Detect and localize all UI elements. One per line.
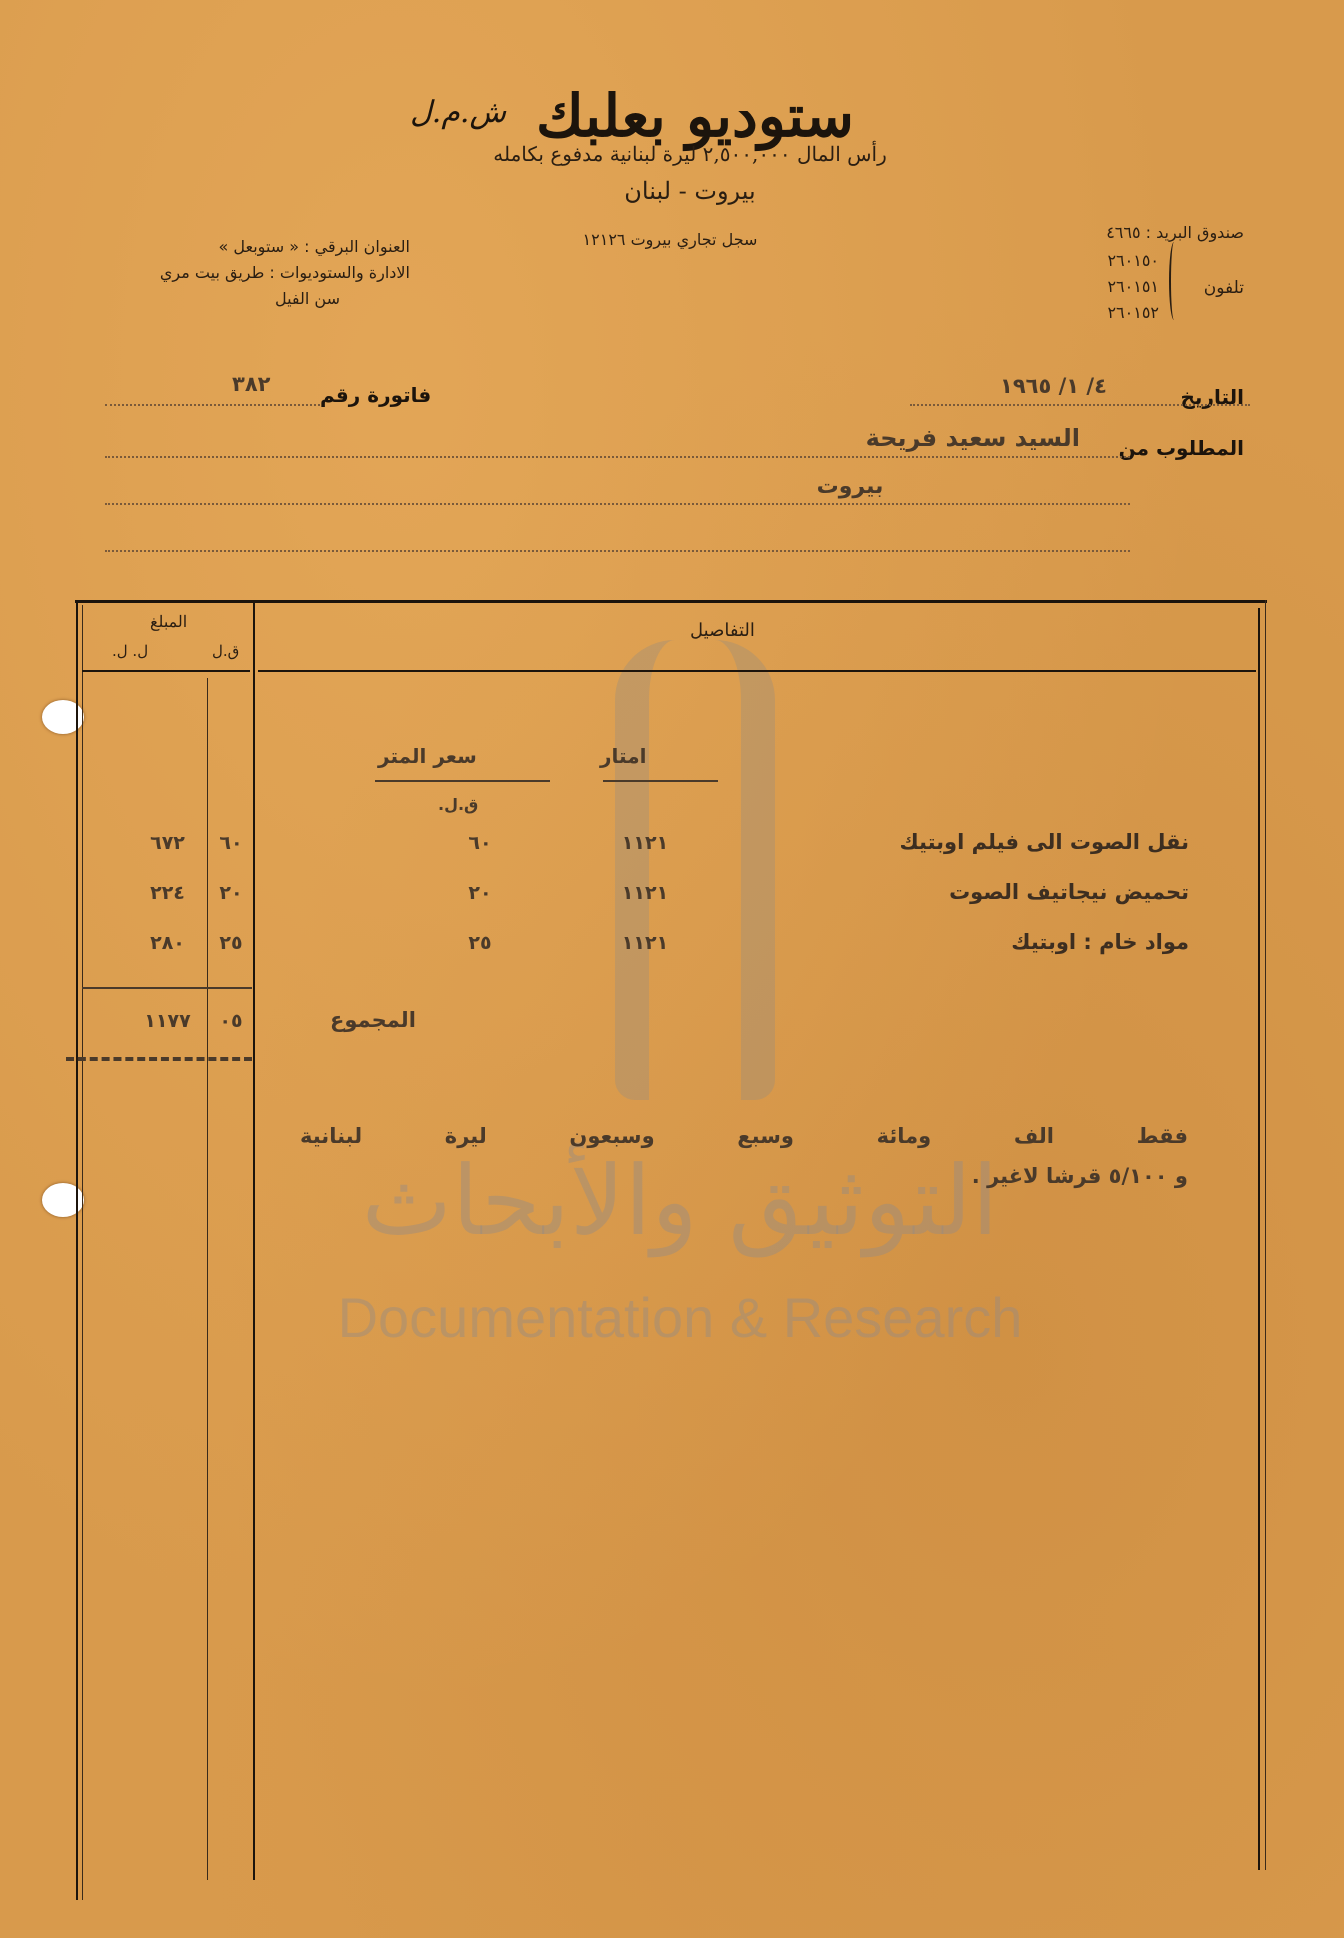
table-left-inner <box>82 605 83 1900</box>
billed-to-name: السيد سعيد فريحة <box>600 424 1080 452</box>
total-dashed-rule <box>66 1057 252 1061</box>
company-type: ش.م.ل <box>410 95 506 130</box>
telegraph-address: العنوان البرقي : « ستوبعل » <box>70 234 410 260</box>
address-line-1 <box>105 503 1130 505</box>
invoice-label: فاتورة رقم <box>320 383 431 407</box>
telephone-number: ٢٦٠١٥٢ <box>1107 300 1159 326</box>
unit-price-column-label: سعر المتر <box>378 744 477 768</box>
item-amount-lira: ٢٢٤ <box>135 882 200 904</box>
item-unit-price: ٢٥ <box>455 932 505 954</box>
telephone-numbers: ٢٦٠١٥٠ ٢٦٠١٥١ ٢٦٠١٥٢ <box>1107 248 1159 326</box>
telephone-number: ٢٦٠١٥٠ <box>1107 248 1159 274</box>
item-meters: ١١٢١ <box>610 932 680 954</box>
watermark-arabic: التوثيق والأبحاث <box>310 1145 1050 1257</box>
item-meters: ١١٢١ <box>610 832 680 854</box>
item-unit-price: ٢٠ <box>455 882 505 904</box>
amount-header-underline <box>82 670 250 672</box>
item-amount-piastre: ٢٥ <box>212 932 250 954</box>
total-amount-piastre: ٠٥ <box>212 1010 250 1032</box>
watermark-logo-icon <box>615 640 775 1100</box>
company-name: ستوديو بعلبك <box>430 82 960 150</box>
item-description: نقل الصوت الى فيلم اوبتيك <box>789 830 1189 854</box>
amount-sub-lira: ل. ل. <box>112 642 148 660</box>
invoice-number: ٣٨٢ <box>232 372 270 396</box>
amount-sub-piastre: ق.ل <box>212 642 239 660</box>
capital-line: رأس المال ٢,٥٠٠,٠٠٠ ليرة لبنانية مدفوع ب… <box>470 142 910 166</box>
brace-icon <box>1169 242 1179 320</box>
city-line: بيروت - لبنان <box>540 177 840 205</box>
item-amount-lira: ٦٧٢ <box>135 832 200 854</box>
item-amount-piastre: ٢٠ <box>212 882 250 904</box>
billed-to-label: المطلوب من <box>1119 436 1244 460</box>
amount-in-words-line-2: و ٥/١٠٠ قرشا لاغير . <box>972 1164 1188 1188</box>
table-right-inner <box>1258 608 1260 1870</box>
address-line-2 <box>105 550 1130 552</box>
total-amount-lira: ١١٧٧ <box>130 1010 205 1032</box>
address-block: العنوان البرقي : « ستوبعل » الادارة والس… <box>70 234 410 312</box>
amount-header: المبلغ <box>150 612 187 631</box>
item-description: تحميض نيجاتيف الصوت <box>789 880 1189 904</box>
telephone-label: تلفون <box>1204 278 1244 298</box>
amount-column-divider <box>253 600 255 1880</box>
piastre-divider <box>207 678 208 1880</box>
invoice-line <box>105 404 320 406</box>
table-right-border <box>1265 600 1266 1870</box>
unit-price-currency: ق.ل. <box>438 795 478 814</box>
subtotal-line <box>82 987 252 989</box>
item-amount-lira: ٢٨٠ <box>135 932 200 954</box>
billed-to-city: بيروت <box>740 474 960 499</box>
details-header: التفاصيل <box>690 620 755 641</box>
commercial-register: سجل تجاري بيروت ١٢١٢٦ <box>540 230 800 249</box>
unit-price-column-underline <box>375 780 550 782</box>
item-description: مواد خام : اوبتيك <box>789 930 1189 954</box>
studios-address-2: سن الفيل <box>70 286 410 312</box>
date-line <box>910 404 1250 406</box>
meters-column-label: امتار <box>600 744 646 768</box>
item-unit-price: ٦٠ <box>455 832 505 854</box>
amount-in-words-line-1: فقط الف ومائة وسبع وسبعون ليرة لبنانية <box>300 1124 1188 1148</box>
studios-address: الادارة والستوديوات : طريق بيت مري <box>70 260 410 286</box>
table-left-border <box>76 600 78 1900</box>
item-amount-piastre: ٦٠ <box>212 832 250 854</box>
billed-to-line <box>105 456 1130 458</box>
watermark-english: Documentation & Research <box>310 1285 1050 1350</box>
item-meters: ١١٢١ <box>610 882 680 904</box>
meters-column-underline <box>603 780 718 782</box>
date-value: ٤/ ١/ ١٩٦٥ <box>1000 374 1107 398</box>
total-label: المجموع <box>330 1008 416 1032</box>
details-header-underline <box>258 670 1256 672</box>
telephone-number: ٢٦٠١٥١ <box>1107 274 1159 300</box>
